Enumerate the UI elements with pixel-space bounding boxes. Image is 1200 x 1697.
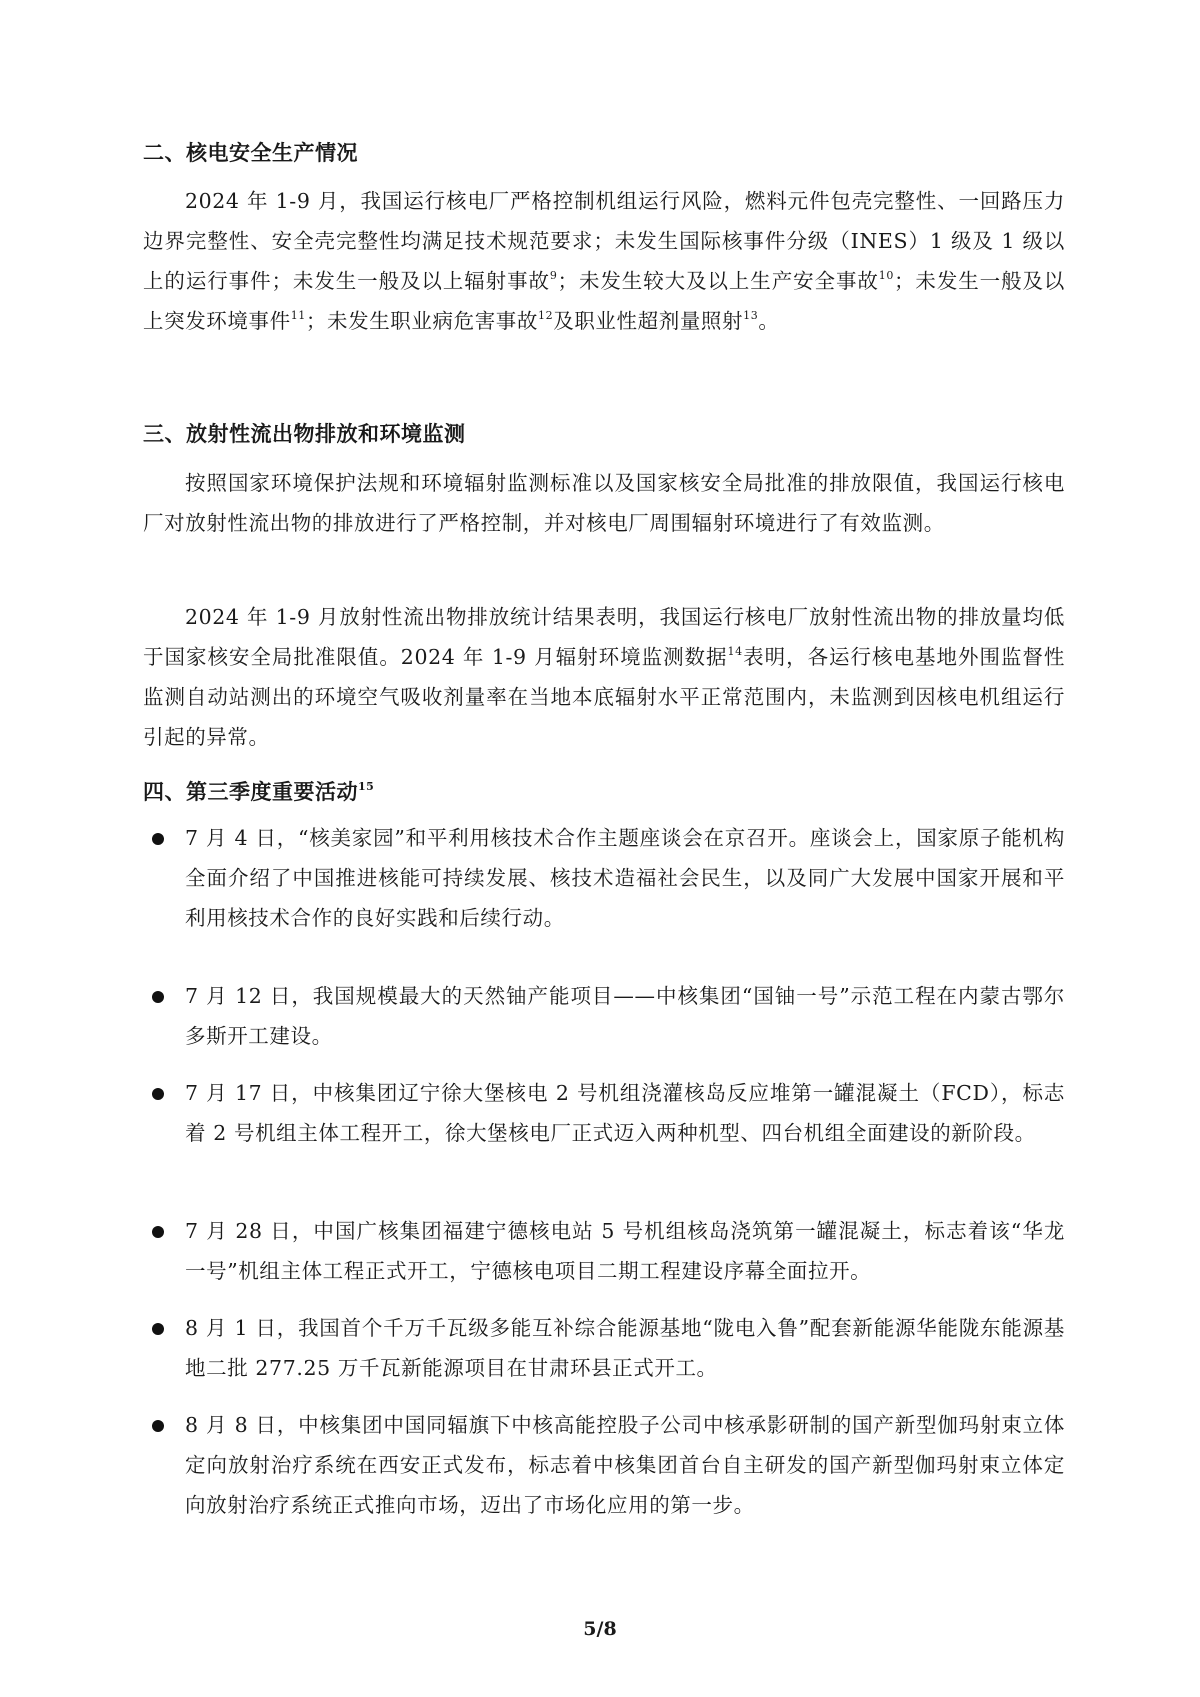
activity-item: 7 月 12 日，我国规模最大的天然铀产能项目——中核集团“国铀一号”示范工程在… <box>143 976 1065 1056</box>
bullet-icon <box>152 833 164 845</box>
activity-item: 8 月 8 日，中核集团中国同辐旗下中核高能控股子公司中核承影研制的国产新型伽玛… <box>143 1405 1065 1525</box>
section-heading-activities: 四、第三季度重要活动15 <box>143 776 374 806</box>
page-number: 5/8 <box>0 1618 1200 1640</box>
activity-item: 7 月 4 日，“核美家园”和平利用核技术合作主题座谈会在京召开。座谈会上，国家… <box>143 818 1065 938</box>
bullet-icon <box>152 1323 164 1335</box>
footnote-ref[interactable]: 10 <box>879 269 894 282</box>
activity-item: 7 月 28 日，中国广核集团福建宁德核电站 5 号机组核岛浇筑第一罐混凝土，标… <box>143 1211 1065 1291</box>
bullet-icon <box>152 1226 164 1238</box>
footnote-ref[interactable]: 13 <box>743 309 758 322</box>
footnote-ref[interactable]: 15 <box>358 780 374 793</box>
text-run: ；未发生较大及以上生产安全事故 <box>558 269 879 293</box>
activity-text: 7 月 28 日，中国广核集团福建宁德核电站 5 号机组核岛浇筑第一罐混凝土，标… <box>185 1211 1065 1291</box>
activity-text: 7 月 12 日，我国规模最大的天然铀产能项目——中核集团“国铀一号”示范工程在… <box>185 976 1065 1056</box>
activity-text: 7 月 4 日，“核美家园”和平利用核技术合作主题座谈会在京召开。座谈会上，国家… <box>185 818 1065 938</box>
paragraph-safety: 2024 年 1-9 月，我国运行核电厂严格控制机组运行风险，燃料元件包壳完整性… <box>143 181 1065 341</box>
heading-text: 四、第三季度重要活动 <box>143 779 358 804</box>
section-heading-safety: 二、核电安全生产情况 <box>143 137 358 167</box>
footnote-ref[interactable]: 9 <box>550 269 558 282</box>
paragraph-effluent-control: 按照国家环境保护法规和环境辐射监测标准以及国家核安全局批准的排放限值，我国运行核… <box>143 463 1065 543</box>
footnote-ref[interactable]: 12 <box>538 309 553 322</box>
activity-text: 7 月 17 日，中核集团辽宁徐大堡核电 2 号机组浇灌核岛反应堆第一罐混凝土（… <box>185 1073 1065 1153</box>
section-heading-effluent: 三、放射性流出物排放和环境监测 <box>143 418 466 448</box>
bullet-icon <box>152 991 164 1003</box>
bullet-icon <box>152 1088 164 1100</box>
bullet-icon <box>152 1420 164 1432</box>
activity-text: 8 月 1 日，我国首个千万千瓦级多能互补综合能源基地“陇电入鲁”配套新能源华能… <box>185 1308 1065 1388</box>
activity-item: 7 月 17 日，中核集团辽宁徐大堡核电 2 号机组浇灌核岛反应堆第一罐混凝土（… <box>143 1073 1065 1153</box>
activity-text: 8 月 8 日，中核集团中国同辐旗下中核高能控股子公司中核承影研制的国产新型伽玛… <box>185 1405 1065 1525</box>
paragraph-effluent-results: 2024 年 1-9 月放射性流出物排放统计结果表明，我国运行核电厂放射性流出物… <box>143 597 1065 757</box>
footnote-ref[interactable]: 14 <box>728 645 743 658</box>
text-run: 。 <box>758 309 779 333</box>
activity-item: 8 月 1 日，我国首个千万千瓦级多能互补综合能源基地“陇电入鲁”配套新能源华能… <box>143 1308 1065 1388</box>
text-run: ；未发生职业病危害事故 <box>306 309 538 333</box>
text-run: 及职业性超剂量照射 <box>553 309 743 333</box>
footnote-ref[interactable]: 11 <box>291 309 306 322</box>
